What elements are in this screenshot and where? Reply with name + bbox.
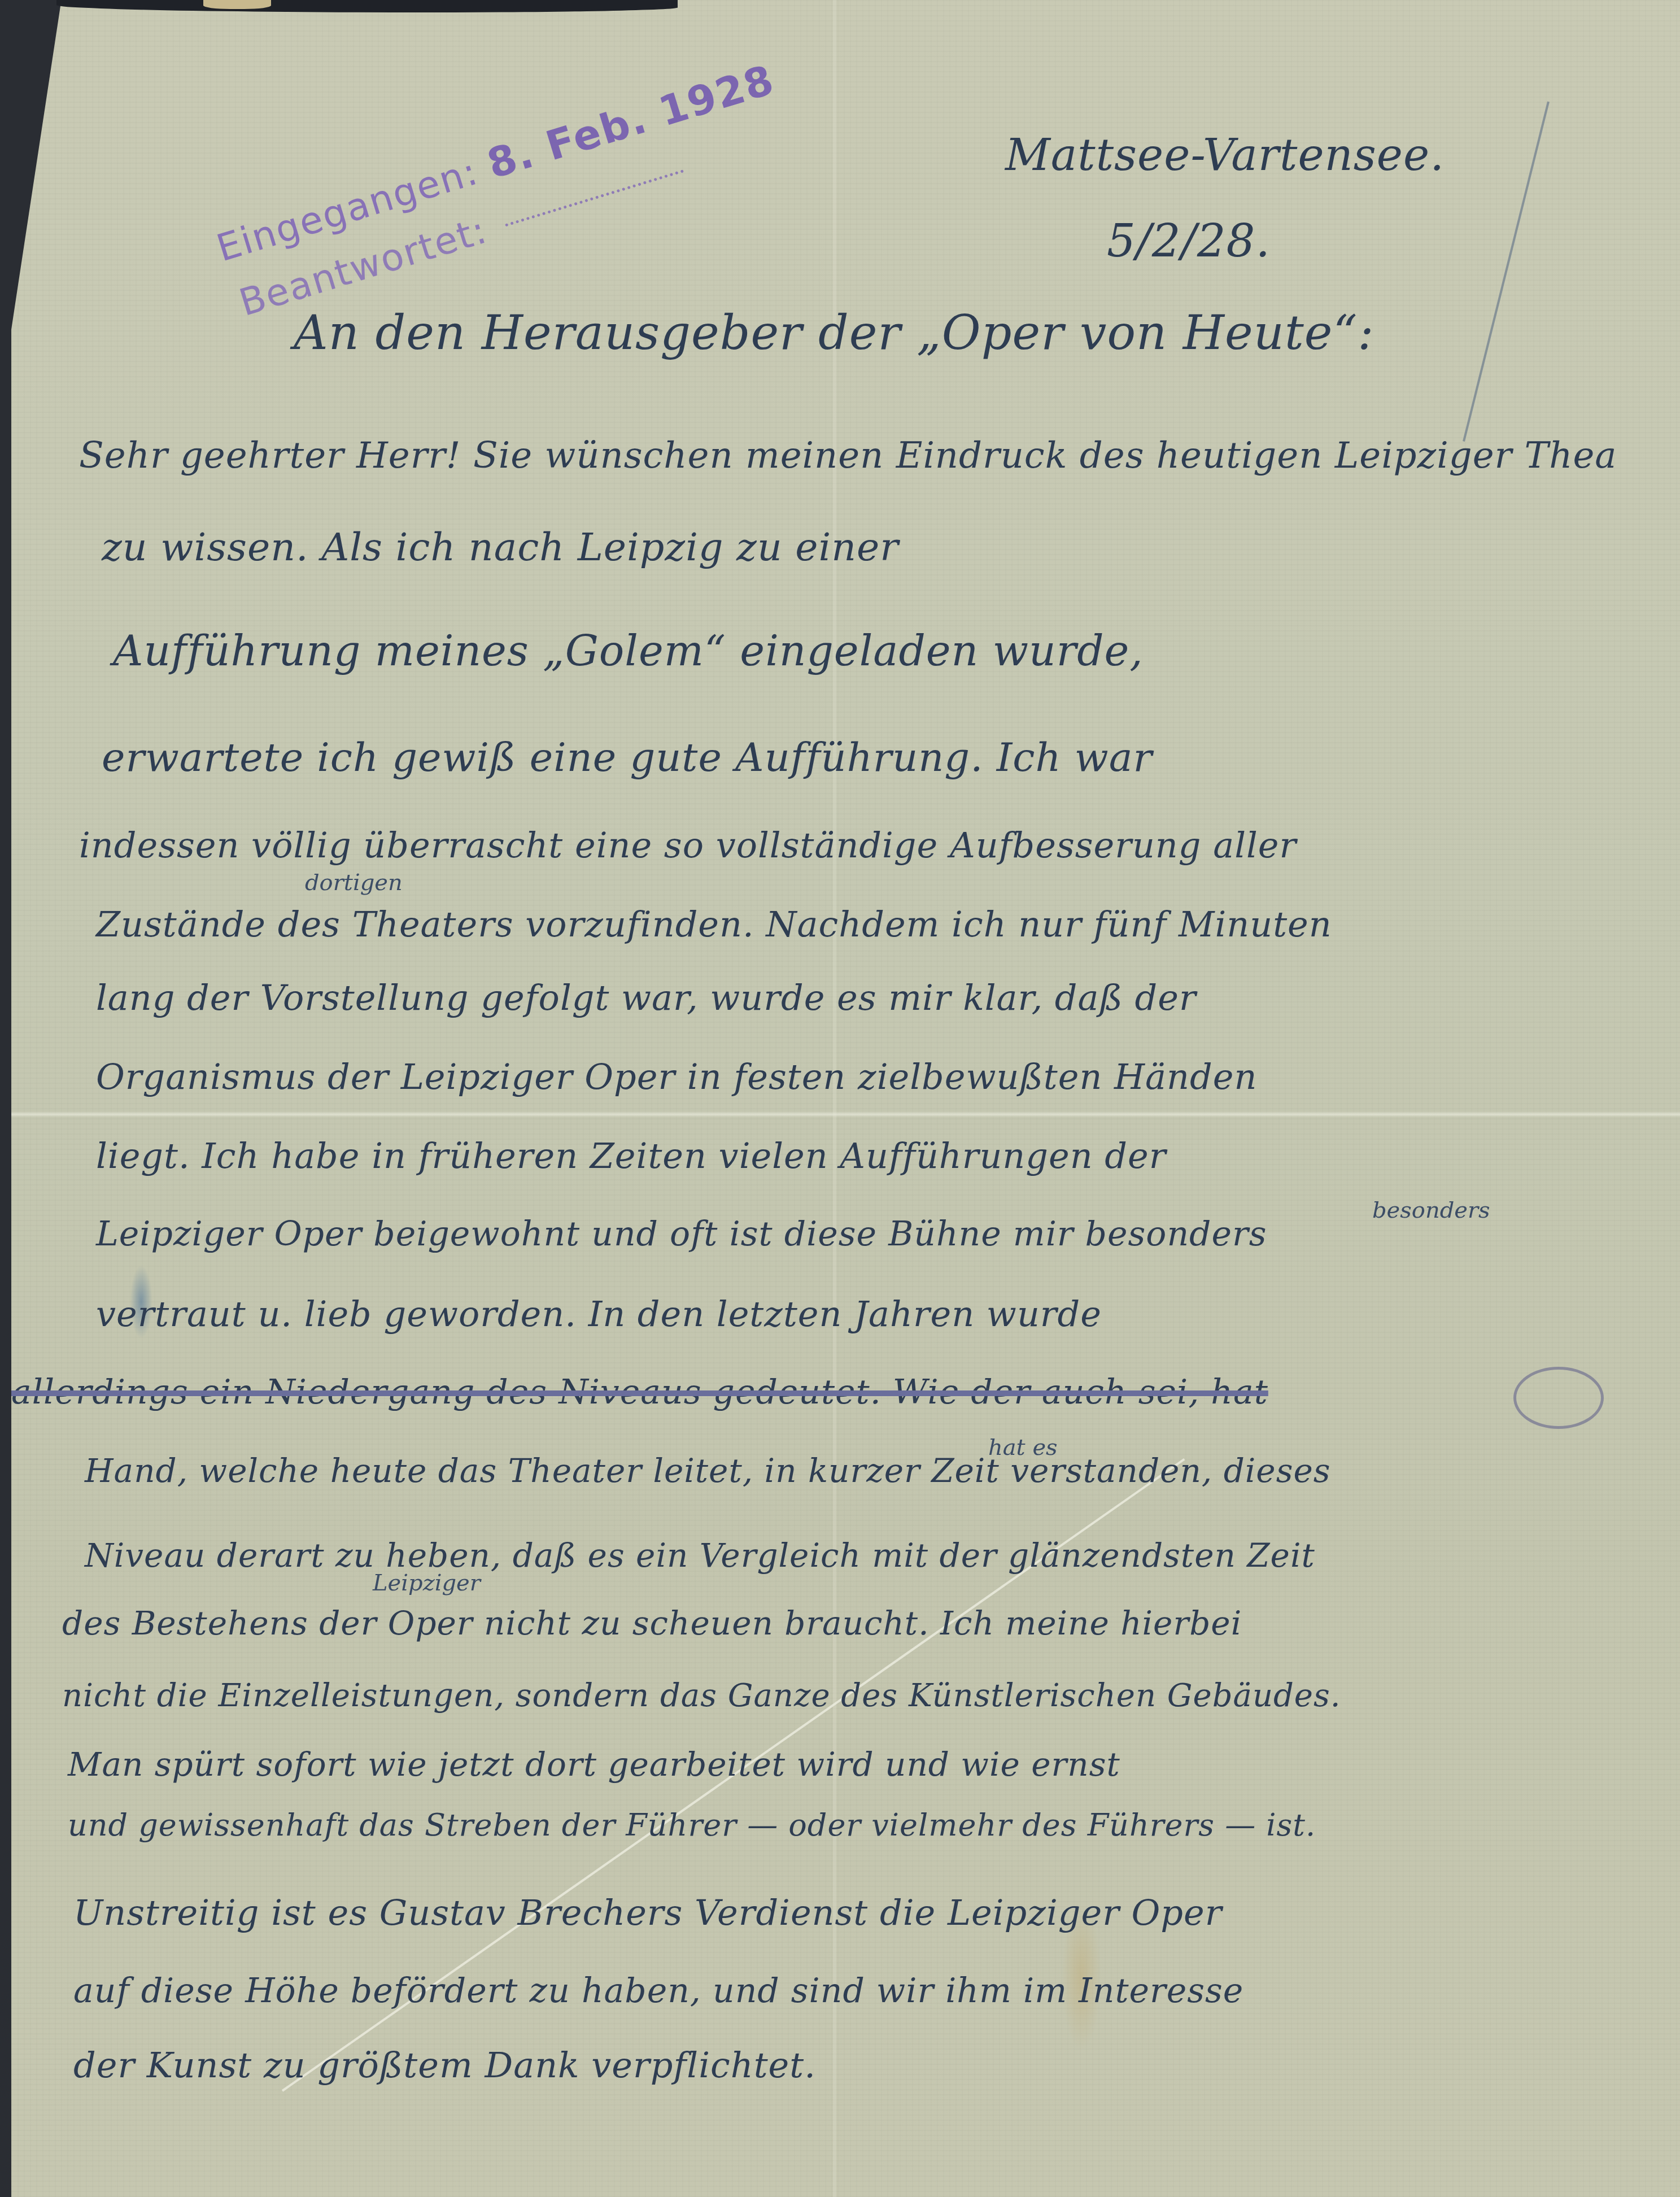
body-line-9: liegt. Ich habe in früheren Zeiten viele… bbox=[96, 1135, 1166, 1176]
body-line-2: zu wissen. Als ich nach Leipzig zu einer bbox=[102, 525, 899, 570]
body-line-18: und gewissenhaft das Streben der Führer … bbox=[68, 1807, 1316, 1843]
body-line-15: des Bestehens der Oper nicht zu scheuen … bbox=[62, 1604, 1242, 1642]
body-line-20: auf diese Höhe befördert zu haben, und s… bbox=[73, 1971, 1243, 2011]
address-line: An den Herausgeber der „Oper von Heute“: bbox=[294, 305, 1374, 360]
letter-date: 5/2/28. bbox=[1107, 215, 1271, 267]
insertion-leipziger: Leipziger bbox=[373, 1570, 481, 1596]
body-line-1: Sehr geehrter Herr! Sie wünschen meinen … bbox=[79, 435, 1617, 477]
body-line-8: Organismus der Leipziger Oper in festen … bbox=[96, 1056, 1257, 1097]
body-line-21: der Kunst zu größtem Dank verpflichtet. bbox=[73, 2045, 816, 2086]
body-line-14: Niveau derart zu heben, daß es ein Vergl… bbox=[85, 1536, 1315, 1575]
body-line-11: vertraut u. lieb geworden. In den letzte… bbox=[96, 1293, 1102, 1335]
letter-place: Mattsee-Vartensee. bbox=[1005, 130, 1445, 181]
torn-top-edge-stain bbox=[203, 0, 271, 9]
body-line-4: erwartete ich gewiß eine gute Aufführung… bbox=[102, 734, 1153, 781]
body-line-5: indessen völlig überrascht eine so volls… bbox=[79, 825, 1297, 866]
body-line-7: lang der Vorstellung gefolgt war, wurde … bbox=[96, 977, 1197, 1018]
body-line-13: Hand, welche heute das Theater leitet, i… bbox=[85, 1451, 1331, 1490]
body-line-10: Leipziger Oper beigewohnt und oft ist di… bbox=[96, 1214, 1267, 1254]
body-line-17: Man spürt sofort wie jetzt dort gearbeit… bbox=[68, 1745, 1120, 1784]
body-line-19: Unstreitig ist es Gustav Brechers Verdie… bbox=[73, 1892, 1222, 1933]
pencil-correction-mark bbox=[1513, 1367, 1604, 1429]
insertion-besonders: besonders bbox=[1372, 1197, 1490, 1223]
body-line-3: Aufführung meines „Golem“ eingeladen wur… bbox=[113, 627, 1144, 675]
body-line-12: allerdings ein Niedergang des Niveaus ge… bbox=[11, 1372, 1268, 1412]
stamp-answered-line bbox=[505, 170, 684, 227]
horizontal-fold-crease bbox=[11, 1111, 1680, 1117]
body-line-16: nicht die Einzelleistungen, sondern das … bbox=[62, 1677, 1341, 1714]
body-line-11-text: vertraut u. lieb geworden. In den letzte… bbox=[96, 1293, 1102, 1335]
body-line-6: Zustände des Theaters vorzufinden. Nachd… bbox=[96, 904, 1332, 945]
insertion-dortigen: dortigen bbox=[305, 870, 403, 896]
